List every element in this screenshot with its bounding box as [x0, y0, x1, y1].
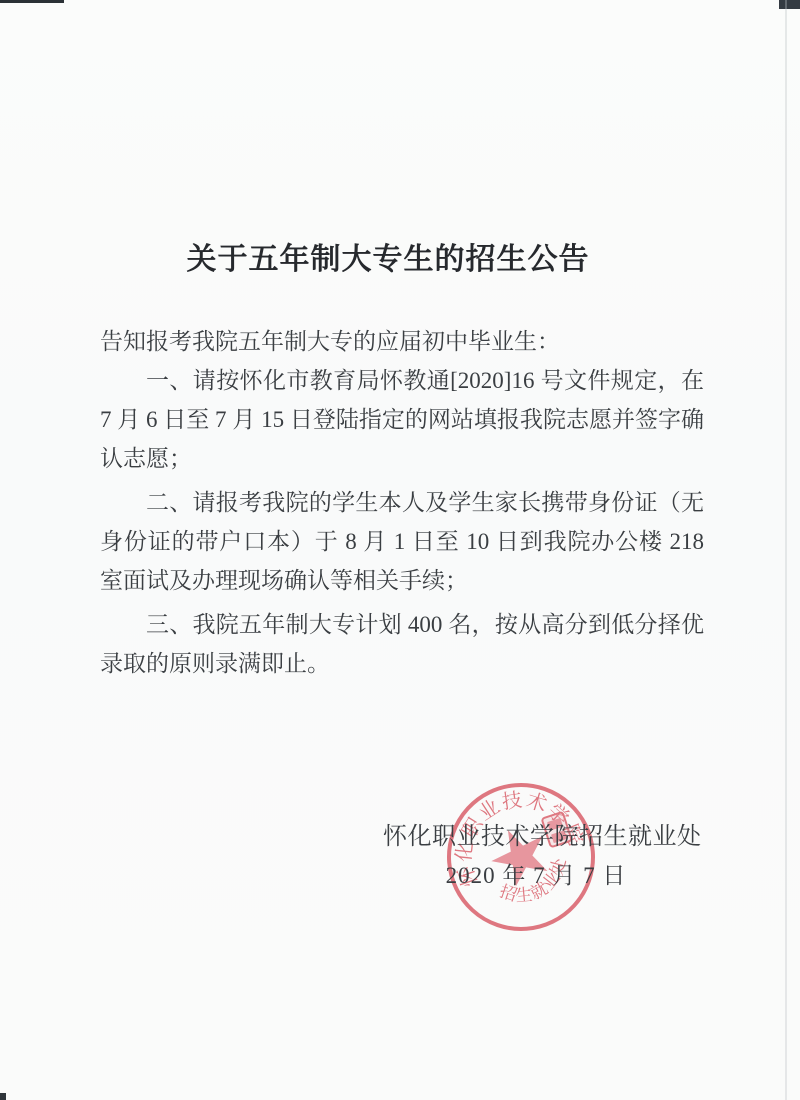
- body-paragraph-1: 一、请按怀化市教育局怀教通[2020]16 号文件规定，在 7 月 6 日至 7…: [100, 361, 704, 478]
- scan-artifact-bottom-left: [0, 1093, 6, 1100]
- scan-fold-line: [785, 0, 787, 1100]
- signature-department: 怀化职业技术学院招生就业处: [383, 816, 702, 851]
- body-paragraph-3: 三、我院五年制大专计划 400 名，按从高分到低分择优录取的原则录满即止。: [100, 605, 704, 683]
- scanned-notice-page: 关于五年制大专生的招生公告 告知报考我院五年制大专的应届初中毕业生： 一、请按怀…: [0, 0, 800, 1100]
- signature-date: 2020 年 7 月 7 日: [383, 857, 689, 890]
- salutation-line: 告知报考我院五年制大专的应届初中毕业生：: [100, 322, 704, 361]
- document-body: 告知报考我院五年制大专的应届初中毕业生： 一、请按怀化市教育局怀教通[2020]…: [100, 322, 704, 688]
- scan-artifact-top-left: [0, 0, 64, 3]
- scan-artifact-top-right: [779, 0, 800, 9]
- body-paragraph-2: 二、请报考我院的学生本人及学生家长携带身份证（无身份证的带户口本）于 8 月 1…: [100, 483, 704, 600]
- document-title: 关于五年制大专生的招生公告: [88, 234, 688, 278]
